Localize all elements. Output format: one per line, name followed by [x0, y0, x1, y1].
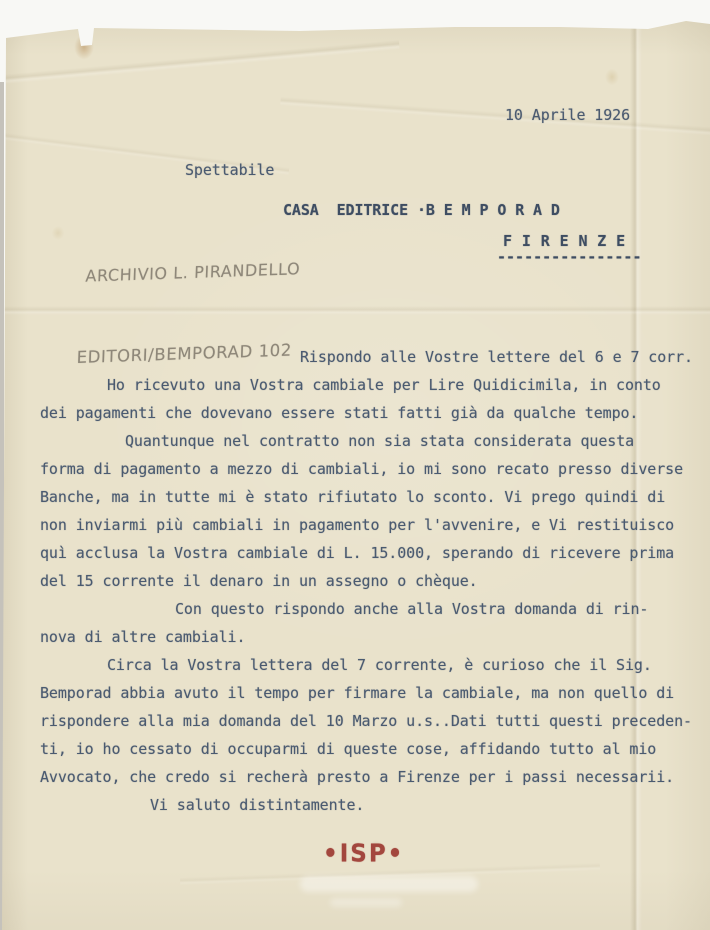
wrinkle-crease	[0, 40, 400, 87]
letter-page: 10 Aprile 1926 Spettabile ARCHIVIO L. PI…	[0, 0, 710, 930]
scan-background: 10 Aprile 1926 Spettabile ARCHIVIO L. PI…	[0, 0, 710, 930]
body-line: Bemporad abbia avuto il tempo per firmar…	[40, 679, 708, 707]
body-line: Rispondo alle Vostre lettere del 6 e 7 c…	[300, 343, 708, 371]
body-line: nova di altre cambiali.	[40, 623, 708, 651]
ink-bleed-through-mark	[330, 898, 402, 907]
recipient-underline-dashes: ----------------	[497, 243, 642, 271]
body-line: non inviarmi più cambiali in pagamento p…	[40, 511, 708, 539]
ink-bleed-through-mark	[300, 876, 478, 892]
wrinkle-crease	[280, 97, 710, 137]
body-line: dei pagamenti che dovevano essere stati …	[40, 399, 708, 427]
recipient-name: CASA EDITRICE ·B E M P O R A D	[283, 196, 560, 224]
body-line: Banche, ma in tutte mi è stato rifiutato…	[40, 483, 708, 511]
body-line: del 15 corrente il denaro in un assegno …	[40, 567, 708, 595]
body-line: Circa la Vostra lettera del 7 corrente, …	[107, 651, 708, 679]
archive-note-line1: ARCHIVIO L. PIRANDELLO	[85, 255, 301, 290]
salutation: Spettabile	[185, 156, 274, 184]
body-line: rispondere alla mia domanda del 10 Marzo…	[40, 707, 708, 735]
body-line: Avvocato, che credo si recherà presto a …	[40, 763, 708, 791]
closing-line: Vi saluto distintamente.	[150, 791, 708, 819]
letter-date: 10 Aprile 1926	[505, 101, 630, 129]
isp-archive-stamp: •ISP•	[323, 840, 404, 868]
body-line: Quantunque nel contratto non sia stata c…	[125, 427, 708, 455]
body-line: forma di pagamento a mezzo di cambiali, …	[40, 455, 708, 483]
body-line: Ho ricevuto una Vostra cambiale per Lire…	[107, 371, 708, 399]
body-line: quì acclusa la Vostra cambiale di L. 15.…	[40, 539, 708, 567]
letter-body: Rispondo alle Vostre lettere del 6 e 7 c…	[40, 343, 708, 819]
body-line: Con questo rispondo anche alla Vostra do…	[175, 595, 708, 623]
body-line: ti, io ho cessato di occuparmi di queste…	[40, 735, 708, 763]
